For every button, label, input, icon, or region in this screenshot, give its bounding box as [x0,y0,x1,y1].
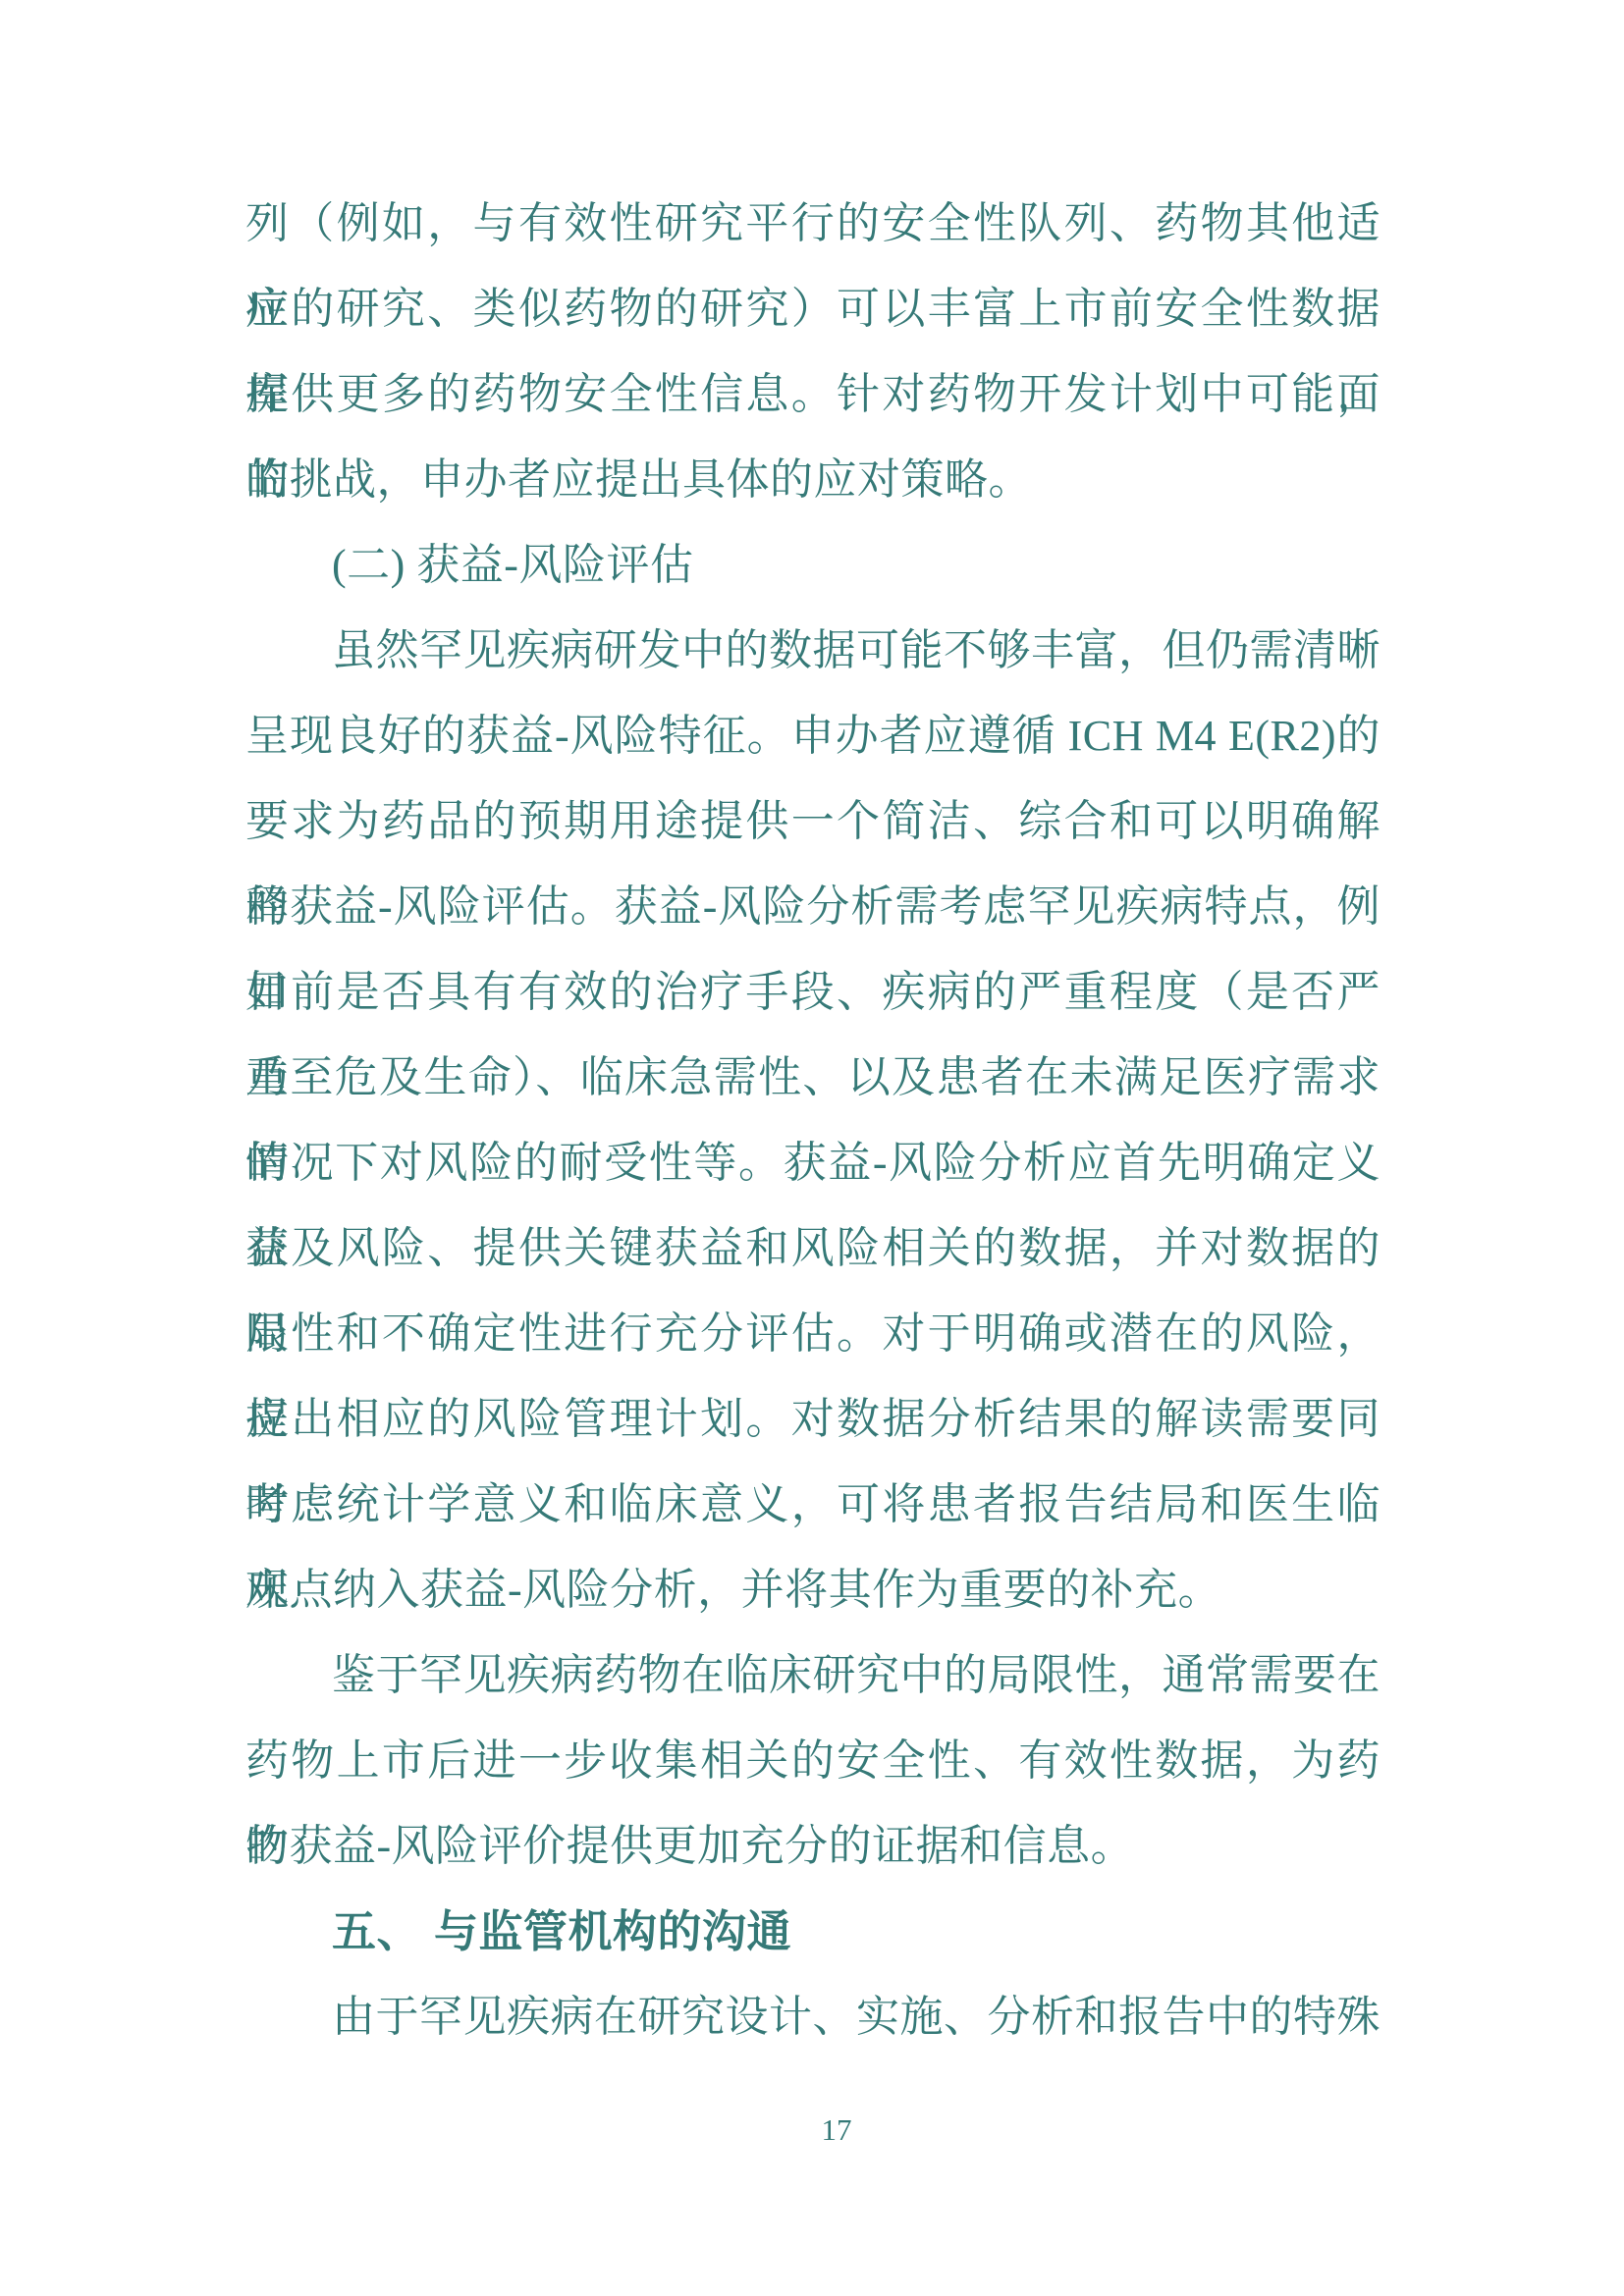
text-line: 提供更多的药物安全性信息。针对药物开发计划中可能面临 [245,351,1380,437]
text-line: 虽然罕见疾病研发中的数据可能不够丰富，但仍需清晰 [245,608,1380,693]
text-line: 的获益-风险评价提供更加充分的证据和信息。 [245,1803,1380,1889]
text-line: 考虑统计学意义和临床意义，可将患者报告结局和医生临床 [245,1462,1380,1547]
text-line: 的获益-风险评估。获益-风险分析需考虑罕见疾病特点，例如 [245,864,1380,949]
text-line: 提出相应的风险管理计划。对数据分析结果的解读需要同时 [245,1376,1380,1462]
text-line: 由于罕见疾病在研究设计、实施、分析和报告中的特殊 [245,1974,1380,2059]
text-line: 列（例如，与有效性研究平行的安全性队列、药物其他适应 [245,181,1380,266]
document-page: 列（例如，与有效性研究平行的安全性队列、药物其他适应症的研究、类似药物的研究）可… [0,0,1624,2296]
text-line: 要求为药品的预期用途提供一个简洁、综合和可以明确解释 [245,778,1380,864]
text-line: 药物上市后进一步收集相关的安全性、有效性数据，为药物 [245,1718,1380,1803]
section-heading: 五、 与监管机构的沟通 [245,1889,1380,1974]
text-line: 鉴于罕见疾病药物在临床研究中的局限性，通常需要在 [245,1632,1380,1718]
text-line: 目前是否具有有效的治疗手段、疾病的严重程度（是否严重 [245,949,1380,1035]
text-line: 观点纳入获益-风险分析，并将其作为重要的补充。 [245,1547,1380,1632]
text-line: 乃至危及生命）、临床急需性、以及患者在未满足医疗需求的 [245,1035,1380,1120]
text-line: 症的研究、类似药物的研究）可以丰富上市前安全性数据库， [245,266,1380,351]
subsection-heading: (二) 获益-风险评估 [245,522,1380,608]
text-line: 限性和不确定性进行充分评估。对于明确或潜在的风险，应 [245,1291,1380,1376]
text-line: 呈现良好的获益-风险特征。申办者应遵循 ICH M4 E(R2)的 [245,693,1380,778]
page-number: 17 [822,2110,852,2150]
text-line: 的挑战，申办者应提出具体的应对策略。 [245,437,1380,522]
text-line: 情况下对风险的耐受性等。获益-风险分析应首先明确定义获 [245,1120,1380,1205]
text-block: 列（例如，与有效性研究平行的安全性队列、药物其他适应症的研究、类似药物的研究）可… [245,181,1380,2059]
text-line: 益及风险、提供关键获益和风险相关的数据，并对数据的局 [245,1205,1380,1291]
